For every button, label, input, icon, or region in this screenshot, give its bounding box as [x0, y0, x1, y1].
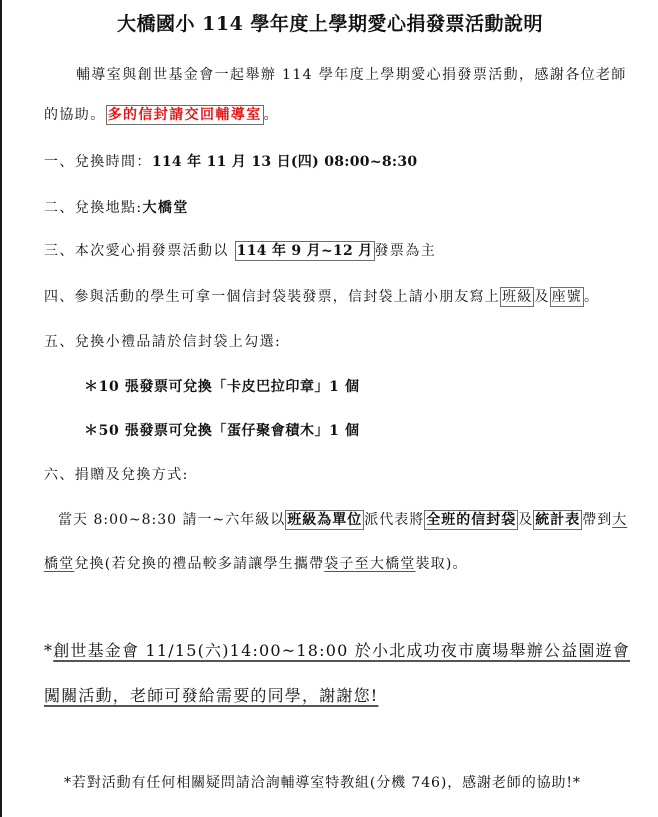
intro-line-1: 輔導室與創世基金會一起舉辦 114 學年度上學期愛心捐發票活動，感謝各位老師: [76, 64, 627, 84]
donation-method-line-1: 當天 8:00~8:30 請一~六年級以班級為單位派代表將全班的信封袋及統計表帶…: [58, 509, 627, 530]
method-e: 兌換(若兌換的禮品較多請讓學生攜帶: [74, 556, 324, 572]
method-d: 帶到: [582, 512, 612, 528]
method-location-end: 橋堂: [44, 556, 74, 572]
item-exchange-location: 二、兌換地點:大橋堂: [44, 197, 189, 217]
class-envelopes-box: 全班的信封袋: [424, 510, 518, 530]
charity-fair-text-1: 創世基金會 11/15(六)14:00~18:00 於小北成功夜市廣場舉辦公益園…: [53, 641, 630, 660]
seat-number-box: 座號: [550, 287, 584, 307]
contact-footer: *若對活動有任何相關疑問請洽詢輔導室特教組(分機 746)，感謝老師的協助!*: [64, 772, 581, 792]
exchange-location-label: 二、兌換地點:: [44, 200, 143, 216]
intro-line-2: 的協助。多的信封請交回輔導室。: [44, 104, 279, 125]
envelope-mid: 及: [534, 289, 549, 305]
envelope-prefix: 四、參與活動的學生可拿一個信封袋裝發票，信封袋上請小朋友寫上: [44, 289, 500, 305]
gift-option-2: ＊50 張發票可兌換「蛋仔聚會積木」1 個: [84, 420, 360, 440]
method-f: 裝取)。: [415, 556, 467, 572]
document-page: 大橋國小 114 學年度上學期愛心捐發票活動說明 輔導室與創世基金會一起舉辦 1…: [2, 0, 658, 817]
return-envelopes-highlight: 多的信封請交回輔導室: [106, 105, 264, 125]
exchange-location-value: 大橋堂: [143, 200, 189, 216]
class-box: 班級: [500, 287, 534, 307]
envelope-suffix: 。: [584, 289, 599, 305]
item-envelope-instructions: 四、參與活動的學生可拿一個信封袋裝發票，信封袋上請小朋友寫上班級及座號。: [44, 286, 599, 307]
donation-method-line-2: 橋堂兌換(若兌換的禮品較多請讓學生攜帶袋子至大橋堂裝取)。: [44, 553, 468, 573]
invoice-period-suffix: 發票為主: [375, 243, 437, 259]
invoice-period-box: 114 年 9 月~12 月: [235, 241, 375, 261]
intro-suffix: 。: [264, 107, 279, 123]
item-invoice-period: 三、本次愛心捐發票活動以 114 年 9 月~12 月發票為主: [44, 240, 436, 261]
bleed-through-text: [44, 800, 50, 815]
statistics-sheet-box: 統計表: [533, 510, 582, 530]
charity-fair-notice-line-2: 闖關活動，老師可發給需要的同學，謝謝您!: [44, 683, 378, 706]
item-exchange-time: 一、兌換時間：114 年 11 月 13 日(四) 08:00~8:30: [44, 151, 417, 171]
intro-prefix: 的協助。: [44, 107, 106, 123]
gift-option-1: ＊10 張發票可兌換「卡皮巴拉印章」1 個: [84, 376, 360, 396]
class-unit-box: 班級為單位: [285, 510, 364, 530]
exchange-time-label: 一、兌換時間：: [44, 154, 152, 170]
item-donation-method: 六、捐贈及兌換方式:: [44, 464, 189, 484]
method-c: 及: [518, 512, 533, 528]
charity-fair-text-2: 闖關活動，老師可發給需要的同學，謝謝您!: [44, 686, 378, 705]
invoice-period-prefix: 三、本次愛心捐發票活動以: [44, 243, 235, 259]
charity-fair-notice-line-1: *創世基金會 11/15(六)14:00~18:00 於小北成功夜市廣場舉辦公益…: [44, 638, 630, 661]
item-gift-selection: 五、兌換小禮品請於信封袋上勾選:: [44, 331, 281, 351]
method-location-start: 大: [612, 512, 627, 528]
document-title: 大橋國小 114 學年度上學期愛心捐發票活動說明: [2, 9, 658, 36]
method-a: 當天 8:00~8:30 請一~六年級以: [58, 512, 285, 528]
method-b: 派代表將: [364, 512, 424, 528]
bring-bag-note: 袋子至大橋堂: [324, 556, 415, 572]
notice-star: *: [44, 641, 53, 660]
exchange-time-value: 114 年 11 月 13 日(四) 08:00~8:30: [152, 154, 418, 170]
